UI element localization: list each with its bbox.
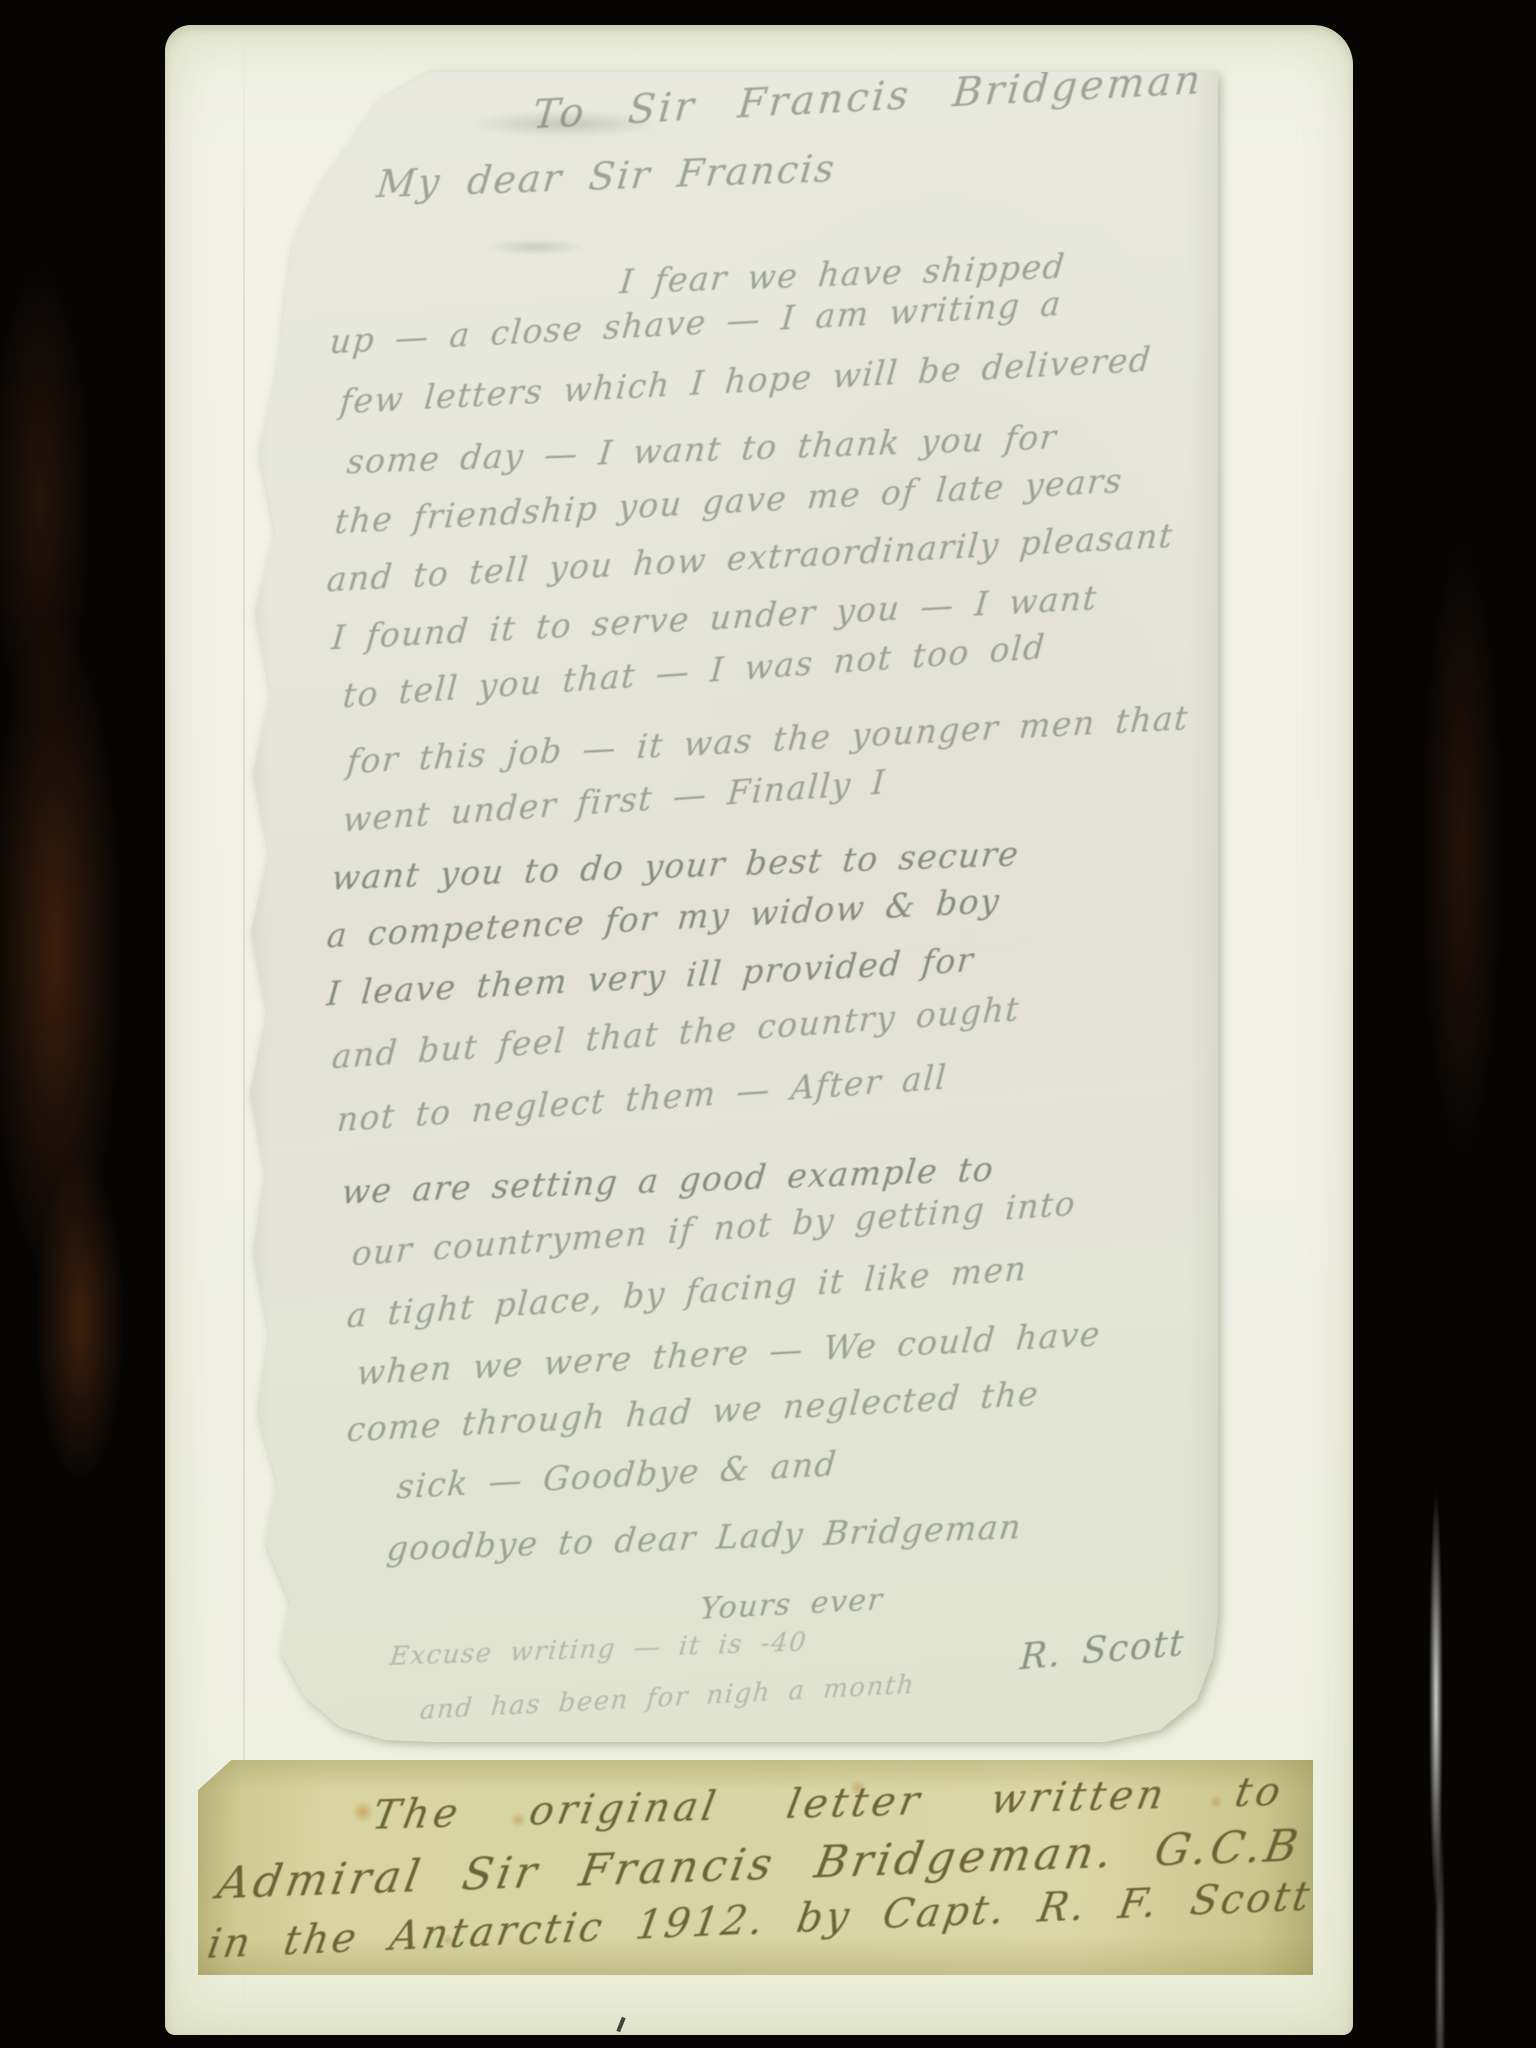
letter-paper: To Sir Francis Bridgeman My dear Sir Fra… — [235, 72, 1218, 1742]
caption-strip: The original letter written to Admiral S… — [198, 1760, 1313, 1975]
salutation-line: My dear Sir Francis — [375, 149, 838, 203]
letter-line: for this job — it was the younger men th… — [346, 701, 1191, 778]
letter-line: not to neglect them — After all — [336, 1060, 949, 1136]
letter-line: a competence for my widow & boy — [326, 884, 1002, 952]
signature: R. Scott — [1019, 1625, 1186, 1676]
postscript-line: Excuse writing — it is -40 — [389, 1629, 809, 1670]
postscript-line: and has been for nigh a month — [419, 1672, 916, 1724]
closing-line: Yours ever — [699, 1585, 885, 1625]
address-line: To Sir Francis Bridgeman — [531, 60, 1205, 135]
framed-letter-photo: To Sir Francis Bridgeman My dear Sir Fra… — [0, 0, 1536, 2048]
letter-line: goodbye to dear Lady Bridgeman — [385, 1510, 1024, 1565]
mat-speck — [616, 2017, 625, 2032]
letter-line: sick — Goodbye & and — [396, 1447, 839, 1503]
letter-paper-shadow: To Sir Francis Bridgeman My dear Sir Fra… — [235, 72, 1218, 1742]
mat-board: To Sir Francis Bridgeman My dear Sir Fra… — [165, 25, 1353, 2035]
